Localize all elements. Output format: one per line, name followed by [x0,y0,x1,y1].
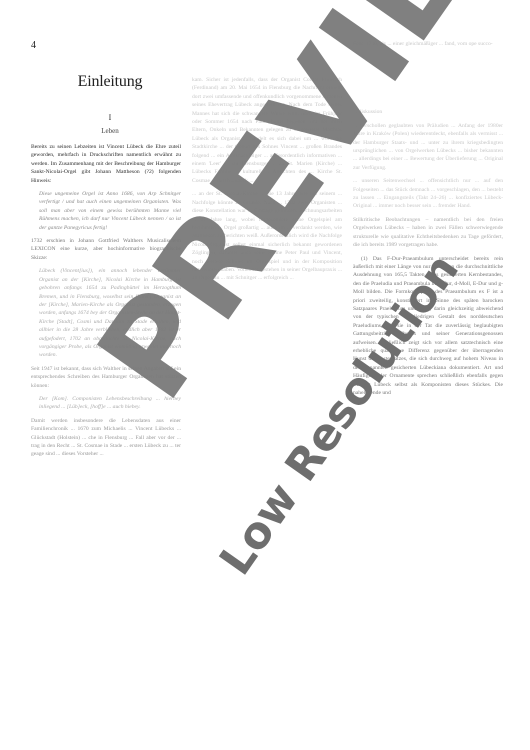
block-quote: Diese ungemeine Orgel ist Anno 1686, von… [39,190,181,232]
paragraph: Febr. 1740, als ... einer gleichmäßiger … [353,40,503,48]
paragraph: ... unseren Seitenwechsel ... offensicht… [353,177,503,211]
page-number: 4 [31,40,36,51]
paragraph: ... an der St. Nicolai-Kirche ... die 13… [192,190,342,282]
page-title: Einleitung [34,73,186,91]
section-heading: ... diskussion [353,108,503,116]
paragraph: ... verschollen geglaubten von Präludien… [353,122,503,172]
paragraph: Damit werden insbesondere die Lebensdate… [31,417,181,459]
paragraph: Seit 1947 ist bekannt, dass sich Walther… [31,365,181,390]
paragraph: Stilkritische Beobachtungen – namentlich… [353,216,503,250]
right-column: Febr. 1740, als ... einer gleichmäßiger … [353,40,503,724]
section-number: I [34,113,186,122]
document-page: 4 Einleitung I Leben Bereits zu seinen L… [0,0,530,750]
block-quote: Der [Kom]. Componisten Lebensbeschreibun… [39,395,181,412]
left-column: Bereits zu seinen Lebzeiten ist Vincent … [31,143,181,723]
paragraph: (1) Das F-Dur-Praeambulum unterscheidet … [353,255,503,398]
section-title: Leben [34,127,186,135]
middle-column: kam. Sicher ist jedenfalls, dass der Org… [192,76,342,724]
paragraph: kam. Sicher ist jedenfalls, dass der Org… [192,76,342,185]
paragraph: 1732 erschien in Johann Gottfried Walthe… [31,237,181,262]
paragraph: Bereits zu seinen Lebzeiten ist Vincent … [31,143,181,185]
block-quote: Lübeck (Vincent[ius]), ein annoch lebend… [39,267,181,359]
